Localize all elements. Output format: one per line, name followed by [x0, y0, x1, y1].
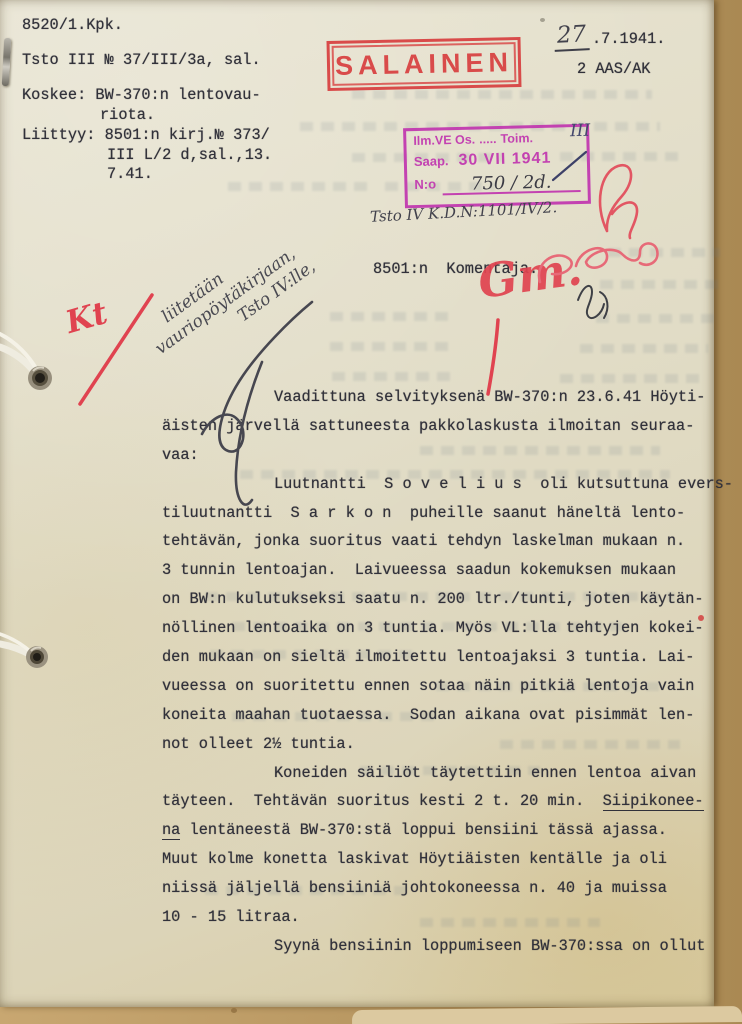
typed-text: äisten järvellä sattuneesta pakkolaskust…	[162, 417, 694, 435]
typed-line: koneita maahan tuotaessa. Sodan aikana o…	[162, 701, 718, 730]
typed-line: niissä jäljellä bensiiniä johtokoneessa …	[162, 874, 718, 903]
typed-text: Vaadittuna selvityksenä BW-370:n 23.6.41…	[274, 388, 705, 406]
typed-line: not olleet 2½ tuntia.	[162, 730, 718, 759]
binding-lace	[0, 347, 35, 373]
typed-text: 10 - 15 litraa.	[162, 908, 300, 926]
typed-text: tiluutnantti S a r k o n puheille saanut…	[162, 504, 685, 522]
typed-line: vaa:	[162, 441, 718, 470]
bleed-through-mark	[580, 344, 708, 353]
typed-line: nöllinen lentoaika on 3 tuntia. Myös VL:…	[162, 614, 718, 643]
bleed-through-mark	[560, 374, 706, 383]
underlined-text: na	[162, 821, 180, 840]
bleed-through-mark	[600, 280, 720, 289]
typed-text: on BW:n kulutukseksi saatu n. 200 ltr./t…	[162, 590, 704, 608]
typed-line: tiluutnantti S a r k o n puheille saanut…	[162, 499, 718, 528]
typed-text: den mukaan on sieltä ilmoitettu lentoaja…	[162, 648, 694, 666]
grommet-hole	[35, 373, 45, 383]
binding-lace	[0, 334, 37, 370]
handwritten-diary-number: 750 / 2d.	[471, 172, 552, 195]
receipt-date-stamp: 30 VII 1941	[458, 150, 551, 170]
koskee-line: Koskee: BW-370:n lentovau-	[22, 86, 261, 104]
typed-line: on BW:n kulutukseksi saatu n. 200 ltr./t…	[162, 585, 718, 614]
grommet-ring	[26, 646, 48, 668]
ref-office-line: Tsto III № 37/III/3a, sal.	[22, 51, 261, 69]
bleed-through-mark	[332, 372, 452, 381]
document-page: 8520/1.Kpk. Tsto III № 37/III/3a, sal. K…	[0, 0, 714, 1007]
receipt-row-number: N:o 750 / 2d.	[414, 169, 581, 196]
liittyy-line2: III L/2 d,sal.,13.	[107, 146, 272, 164]
typed-line: 10 - 15 litraa.	[162, 903, 718, 932]
grommet-hole	[33, 653, 41, 661]
typed-line: Muut kolme konetta laskivat Höytiäisten …	[162, 845, 718, 874]
koskee-line2: riota.	[100, 106, 155, 124]
typed-text: Koneiden säiliöt täytettiin ennen lentoa…	[274, 764, 696, 782]
bleed-through-mark	[596, 314, 714, 323]
receipt-number-line: 750 / 2d.	[442, 169, 581, 195]
typed-text: koneita maahan tuotaessa. Sodan aikana o…	[162, 706, 694, 724]
receipt-number-label: N:o	[414, 176, 436, 192]
liittyy-line: Liittyy: 8501:n kirj.№ 373/	[22, 126, 270, 144]
typed-line: den mukaan on sieltä ilmoitettu lentoaja…	[162, 643, 718, 672]
photographed-document: { "colors":{"stamp_red":"#d84040","stamp…	[0, 0, 742, 1024]
paper-speck	[540, 18, 545, 22]
receipt-saap-label: Saap.	[414, 153, 449, 169]
grommet	[30, 650, 44, 664]
staple	[2, 38, 12, 86]
typed-text: nöllinen lentoaika on 3 tuntia. Myös VL:…	[162, 619, 704, 637]
bleed-through-mark	[352, 90, 652, 99]
salainen-secret-stamp: SALAINEN	[326, 37, 521, 91]
red-initial-squiggle	[600, 165, 637, 238]
handwritten-kd-note: Tsto IV K.D.N:1101/IV/2.	[370, 198, 558, 226]
grommet-ring	[28, 366, 52, 390]
date-ref: 2 AAS/AK	[577, 60, 650, 78]
bleed-through-mark	[608, 248, 720, 257]
typed-line: täyteen. Tehtävän suoritus kesti 2 t. 20…	[162, 787, 718, 816]
receipt-row-date: Saap. 30 VII 1941	[414, 149, 580, 171]
paper-speck	[231, 1008, 237, 1013]
red-kt-mark: Kt	[62, 295, 112, 341]
grommet	[32, 370, 48, 386]
binding-lace	[0, 644, 31, 655]
typed-text: 3 tunnin lentoajan. Laivueessa saadun ko…	[162, 561, 676, 579]
typed-line: tehtävän, jonka suoritus vaati tehdyn la…	[162, 527, 718, 556]
sheet-beneath-edge	[352, 1006, 742, 1024]
typed-line: äisten järvellä sattuneesta pakkolaskust…	[162, 412, 718, 441]
typed-text: vueessa on suoritettu ennen sotaa näin p…	[162, 677, 694, 695]
stamp-inner-border	[332, 42, 517, 86]
bleed-through-mark	[330, 342, 448, 351]
typed-text: Muut kolme konetta laskivat Höytiäisten …	[162, 850, 667, 868]
typed-text: not olleet 2½ tuntia.	[162, 735, 355, 753]
handwritten-section-number: III	[570, 121, 591, 141]
receipt-stamp: Ilm.VE Os. ..... Toim. III Saap. 30 VII …	[403, 124, 591, 209]
typed-line: 3 tunnin lentoajan. Laivueessa saadun ko…	[162, 556, 718, 585]
binding-lace	[0, 634, 31, 652]
grommet-highlight	[33, 367, 44, 371]
typed-text: vaa:	[162, 446, 199, 464]
receipt-row-office: Ilm.VE Os. ..... Toim. III	[413, 130, 579, 148]
liittyy-line3: 7.41.	[107, 165, 153, 183]
underlined-text: Siipikonee-	[603, 792, 704, 811]
red-ink-speck	[698, 615, 704, 621]
typed-line: Syynä bensiinin loppumiseen BW-370:ssa o…	[162, 932, 718, 961]
typed-text: Luutnantti S o v e l i u s oli kutsuttun…	[274, 475, 733, 493]
bleed-through-mark	[330, 312, 450, 321]
bleed-through-mark	[228, 182, 368, 191]
typed-line: Vaadittuna selvityksenä BW-370:n 23.6.41…	[162, 383, 718, 412]
handwritten-margin-note: liitetään vauriopöytäkirjaan, Tsto IV:ll…	[130, 220, 320, 383]
grommet-highlight	[31, 648, 41, 651]
receipt-toim-label: Toim.	[500, 131, 533, 146]
typed-date: .7.1941.	[592, 30, 665, 48]
handwritten-day: 27	[553, 21, 590, 52]
typed-line: Luutnantti S o v e l i u s oli kutsuttun…	[162, 470, 718, 499]
typed-text: Syynä bensiinin loppumiseen BW-370:ssa o…	[274, 937, 705, 955]
red-gm-signature: Gm.	[475, 241, 585, 309]
typed-text: niissä jäljellä bensiiniä johtokoneessa …	[162, 879, 667, 897]
typed-text: tehtävän, jonka suoritus vaati tehdyn la…	[162, 532, 685, 550]
receipt-office-label: Ilm.VE Os.	[413, 133, 475, 149]
typed-text: lentäneestä BW-370:stä loppui bensiini t…	[180, 821, 667, 839]
typed-text: täyteen. Tehtävän suoritus kesti 2 t. 20…	[162, 792, 603, 810]
typed-line: na lentäneestä BW-370:stä loppui bensiin…	[162, 816, 718, 845]
typed-line: Koneiden säiliöt täytettiin ennen lentoa…	[162, 759, 718, 788]
ref-number: 8520/1.Kpk.	[22, 16, 123, 34]
body-text: Vaadittuna selvityksenä BW-370:n 23.6.41…	[162, 383, 718, 961]
typed-line: vueessa on suoritettu ennen sotaa näin p…	[162, 672, 718, 701]
receipt-dots: .....	[479, 132, 497, 146]
